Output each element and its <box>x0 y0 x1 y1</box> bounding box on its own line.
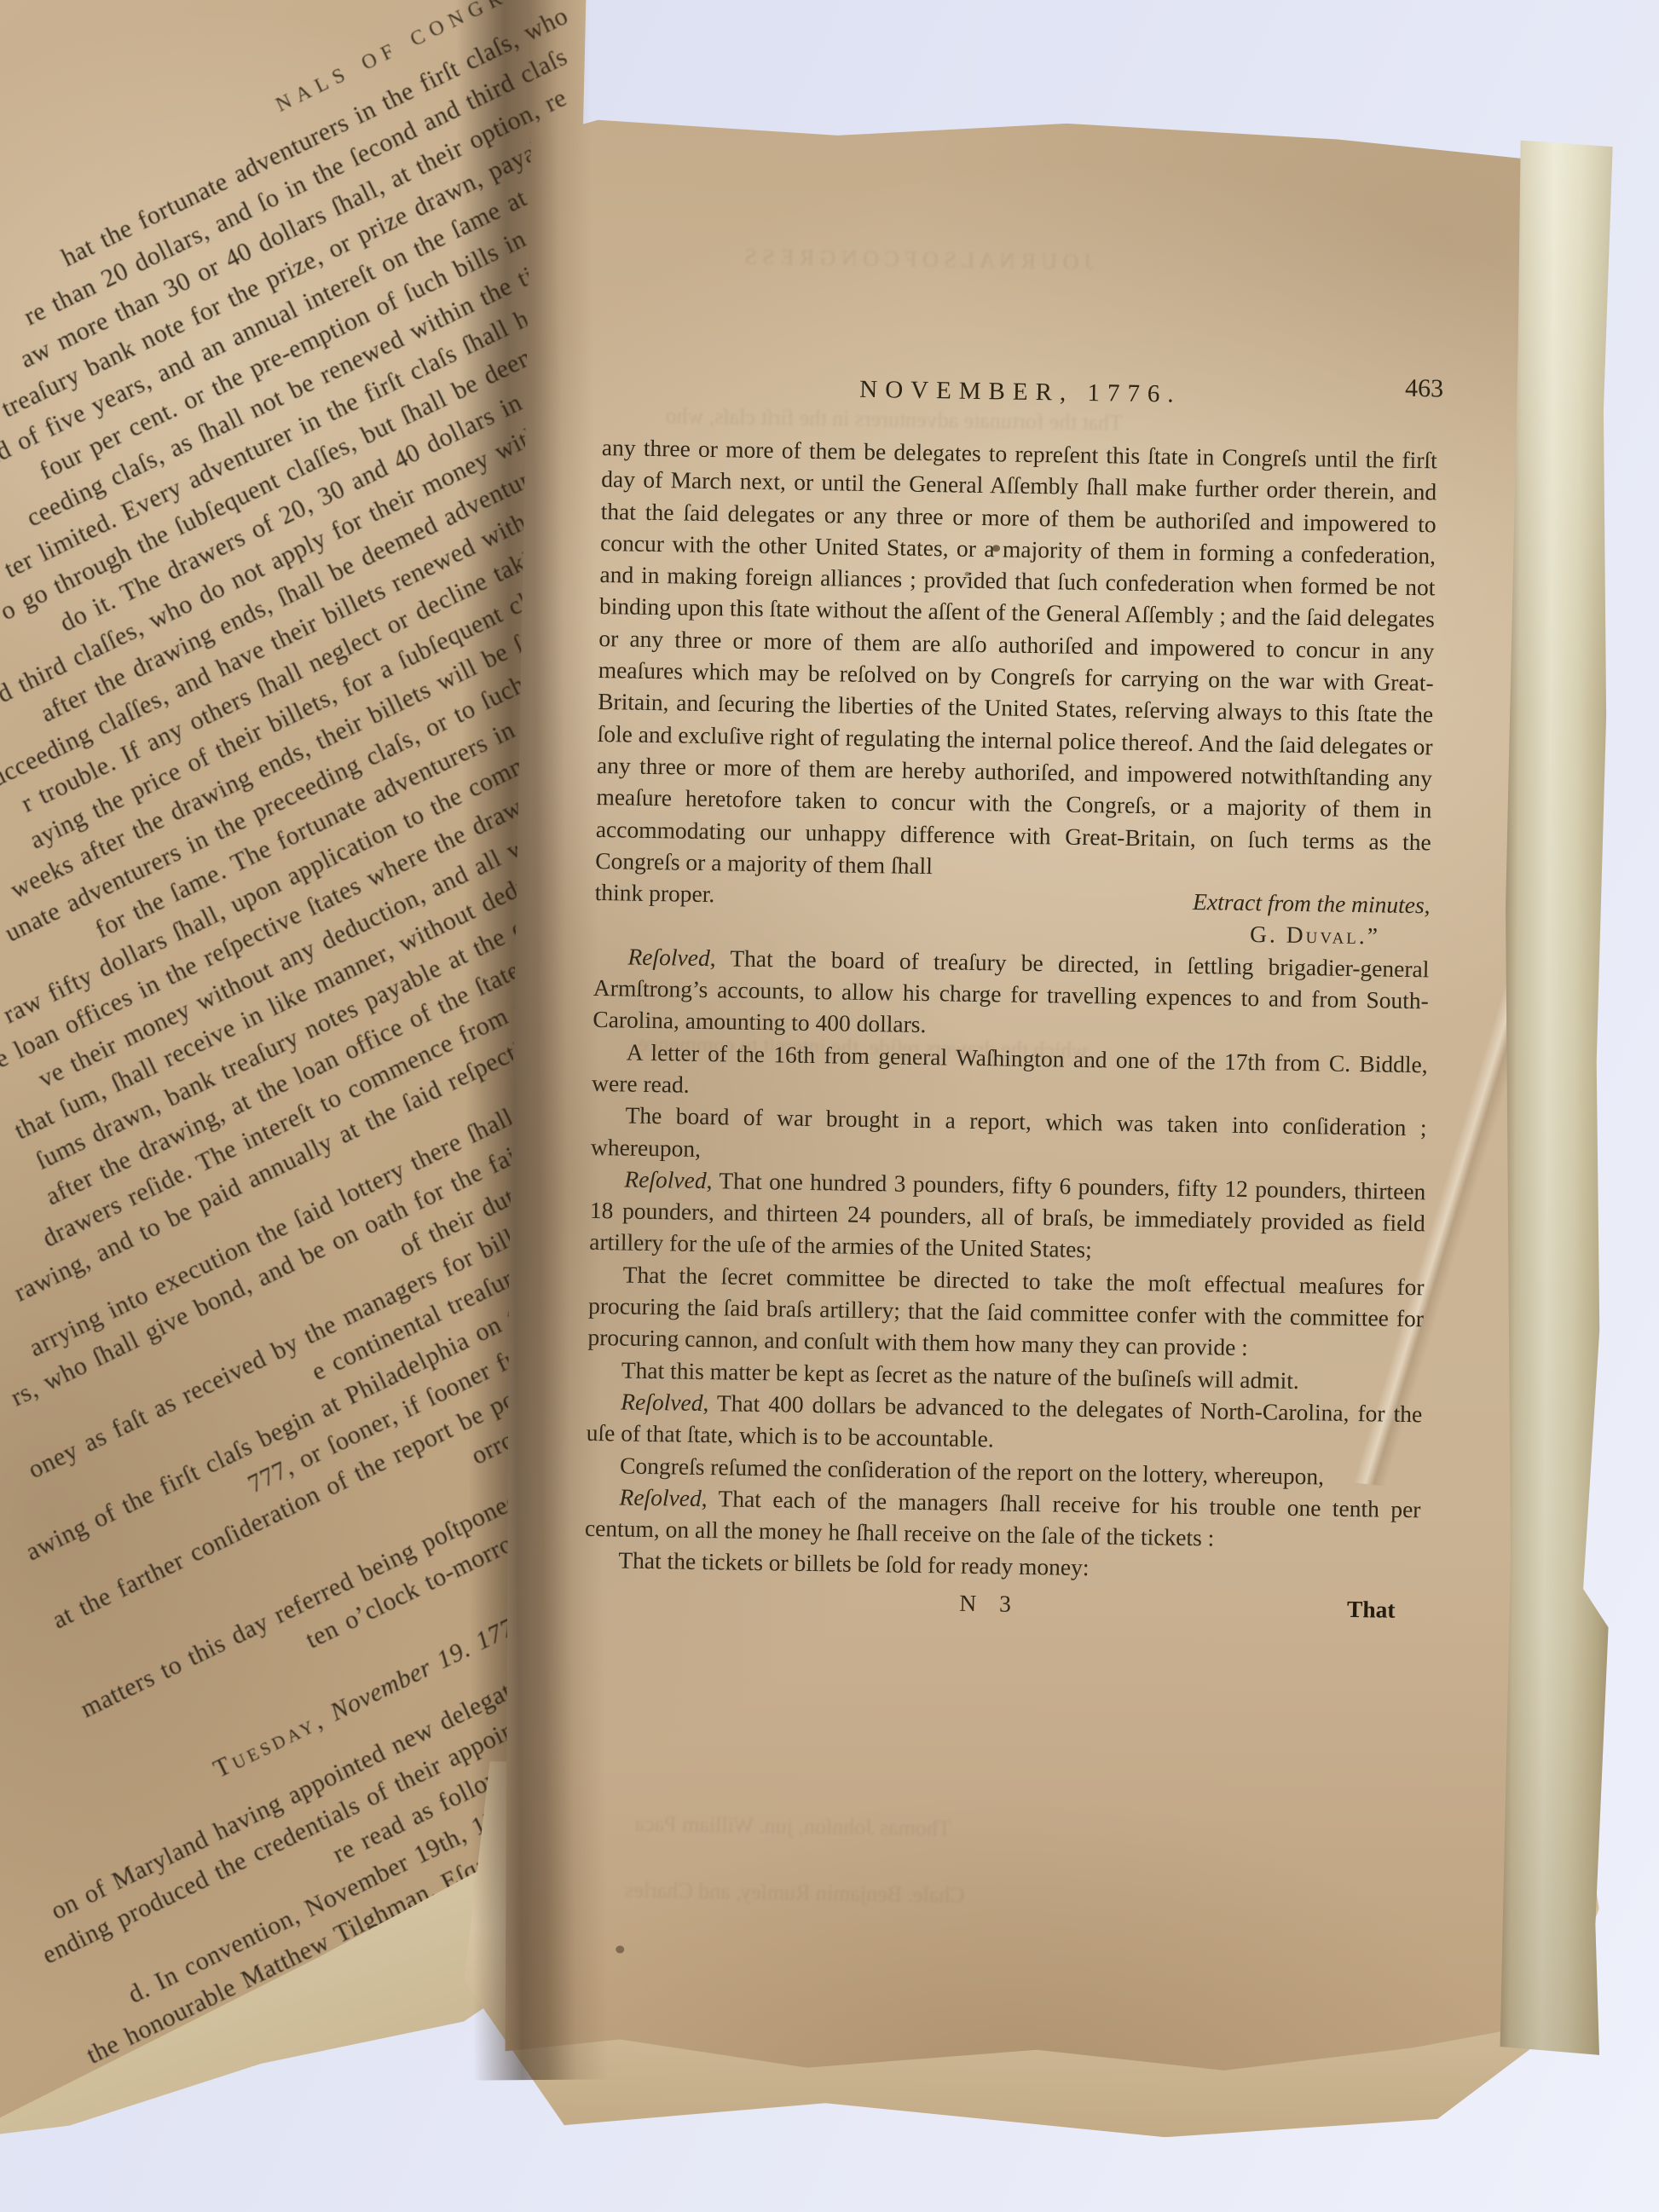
show-through-line: J O U R N A L S O F C O N G R E S S <box>744 245 1093 275</box>
page-body-text: any three or more of them be delegates t… <box>583 431 1437 1626</box>
resolved-lead: Reſolved <box>621 1388 703 1416</box>
catchword: That <box>1124 1589 1419 1626</box>
running-head: NOVEMBER, 1776. <box>603 372 1438 413</box>
right-page: J O U R N A L S O F C O N G R E S SThat … <box>494 113 1567 2082</box>
resolved-lead: Reſolved <box>619 1483 702 1511</box>
resolved-lead: Reſolved <box>627 943 710 971</box>
page-number: 463 <box>1405 374 1444 404</box>
show-through-line: Thomas Johnſon, jun. William Paca <box>634 1811 951 1842</box>
extract-note: Extract from the minutes, <box>1193 886 1431 921</box>
paragraph: Reſolved, That the board of treaſury be … <box>592 940 1430 1048</box>
page-footer: N 3 That <box>583 1581 1419 1626</box>
show-through-line: That the fortunate adventurers in the fi… <box>665 403 1123 436</box>
paragraph: any three or more of them be delegates t… <box>595 431 1437 889</box>
show-through-line: Chale. Benjamin Rumſey, and Charles <box>625 1878 965 1909</box>
page-header: NOVEMBER, 1776. 463 <box>603 372 1438 413</box>
photo-background: NALS OF CONGRESS.hat the fortunate adven… <box>0 0 1659 2212</box>
paper-speck <box>616 1945 624 1953</box>
left-page-line: matters to this day referred being poſtp… <box>77 1478 541 1724</box>
paragraph-end: think proper. <box>594 876 714 910</box>
paragraph: That the ſecret committee be directed to… <box>587 1258 1425 1366</box>
paragraphs: Reſolved, That the board of treaſury be … <box>584 940 1430 1589</box>
paragraph: Reſolved, That one hundred 3 pounders, f… <box>589 1163 1426 1271</box>
resolved-lead: Reſolved <box>624 1165 707 1193</box>
signature-mark: N 3 <box>854 1585 1125 1621</box>
